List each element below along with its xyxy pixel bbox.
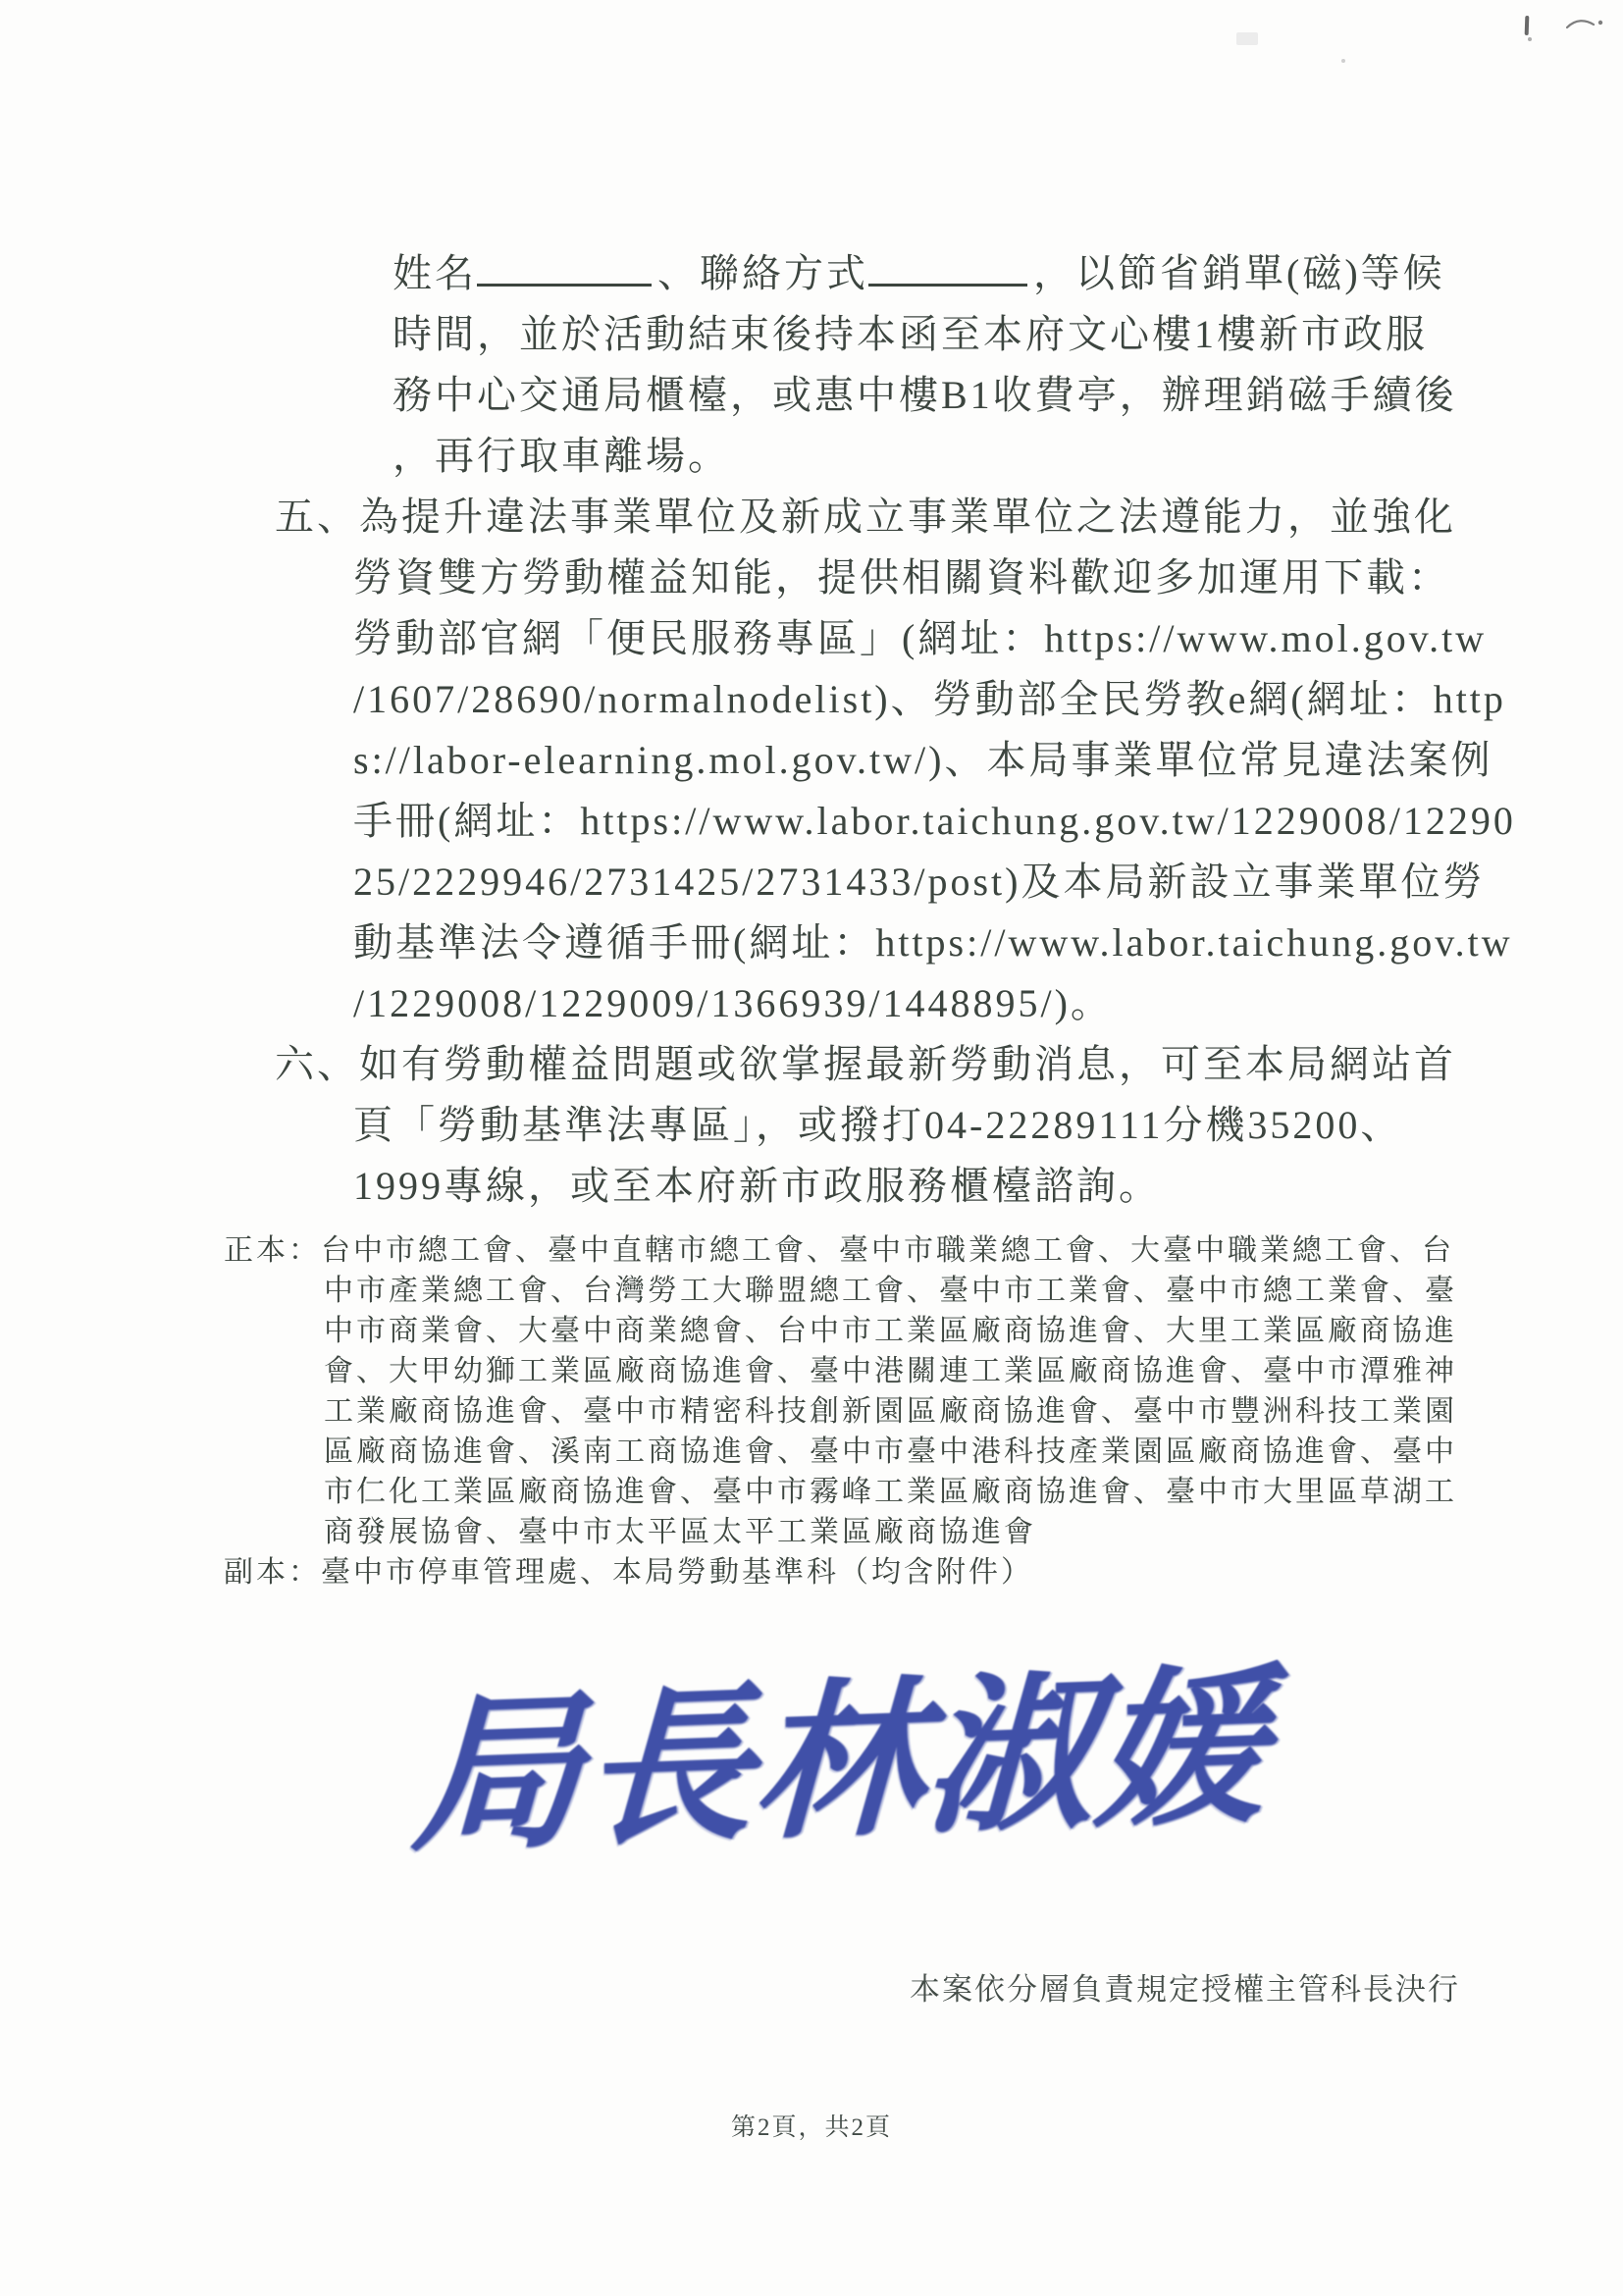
scan-artifact-smudge	[1236, 32, 1258, 45]
primary-recipients-line: 會、大甲幼獅工業區廠商協進會、臺中港關連工業區廠商協進會、臺中市潭雅神	[324, 1351, 1623, 1391]
scan-artifact-tick-dot	[1528, 37, 1532, 41]
list-item-5-line: 手冊(網址：https://www.labor.taichung.gov.tw/…	[353, 791, 1623, 852]
cc-recipients-label: 副本：	[224, 1556, 321, 1589]
scan-artifact-dot	[1341, 59, 1345, 63]
body-line-text: 姓名	[393, 251, 477, 295]
list-item-5-line: /1607/28690/normalnodelist)、勞動部全民勞教e網(網址…	[353, 669, 1623, 730]
primary-recipients-line: 工業廠商協進會、臺中市精密科技創新園區廠商協進會、臺中市豐洲科技工業園	[324, 1391, 1623, 1432]
list-item-5-line: 勞動部官網「便民服務專區」(網址：https://www.mol.gov.tw	[353, 608, 1623, 669]
primary-recipients-line: 市仁化工業區廠商協進會、臺中市霧峰工業區廠商協進會、臺中市大里區草湖工	[324, 1472, 1623, 1512]
list-item-5-number: 五、	[275, 495, 359, 539]
scan-artifact-tick	[1525, 16, 1530, 35]
cc-recipients-text: 臺中市停車管理處、本局勞動基準科（均含附件）	[321, 1556, 1033, 1589]
body-line: 時間，並於活動結束後持本函至本府文心樓1樓新市政服	[393, 304, 1623, 365]
list-item-5-line: /1229008/1229009/1366939/1448895/)。	[353, 973, 1623, 1034]
list-item-5-line: 動基準法令遵循手冊(網址：https://www.labor.taichung.…	[353, 913, 1623, 973]
cc-recipients-line: 副本：臺中市停車管理處、本局勞動基準科（均含附件）	[224, 1552, 1623, 1592]
list-item-6-number: 六、	[275, 1042, 359, 1086]
list-item-5-line: 五、為提升違法事業單位及新成立事業單位之法遵能力，並強化	[275, 487, 1623, 548]
recipients-block: 正本：台中市總工會、臺中直轄市總工會、臺中市職業總工會、大臺中職業總工會、台 中…	[0, 1230, 1623, 1592]
page-number-footer: 第2頁，共2頁	[0, 2108, 1623, 2143]
list-item-6-line: 頁「勞動基準法專區」，或撥打04-22289111分機35200、	[353, 1095, 1623, 1156]
primary-recipients-text: 台中市總工會、臺中直轄市總工會、臺中市職業總工會、大臺中職業總工會、台	[321, 1234, 1454, 1267]
list-item-6-line: 六、如有勞動權益問題或欲掌握最新勞動消息，可至本局網站首	[275, 1034, 1623, 1095]
fill-in-blank-name	[477, 250, 652, 287]
list-item-5-line: 25/2229946/2731425/2731433/post)及本局新設立事業…	[353, 852, 1623, 913]
director-signature-stamp: 局長林淑媛	[406, 1606, 1281, 1951]
primary-recipients-line: 中市產業總工會、台灣勞工大聯盟總工會、臺中市工業會、臺中市總工業會、臺	[324, 1271, 1623, 1311]
list-item-6-line: 1999專線，或至本府新市政服務櫃檯諮詢。	[353, 1156, 1623, 1217]
body-text: 姓名、聯絡方式，以節省銷單(磁)等候 時間，並於活動結束後持本函至本府文心樓1樓…	[0, 243, 1623, 1217]
body-line-text: 如有勞動權益問題或欲掌握最新勞動消息，可至本局網站首	[359, 1042, 1456, 1086]
fill-in-blank-contact	[868, 250, 1027, 287]
list-item-5-line: 勞資雙方勞動權益知能，提供相關資料歡迎多加運用下載：	[353, 548, 1623, 608]
primary-recipients-label: 正本：	[224, 1234, 321, 1267]
body-line: 務中心交通局櫃檯，或惠中樓B1收費亭，辦理銷磁手續後	[393, 365, 1623, 426]
body-line-text: 為提升違法事業單位及新成立事業單位之法遵能力，並強化	[359, 495, 1456, 539]
primary-recipients-line: 商發展協會、臺中市太平區太平工業區廠商協進會	[324, 1512, 1623, 1552]
primary-recipients-line: 正本：台中市總工會、臺中直轄市總工會、臺中市職業總工會、大臺中職業總工會、台	[224, 1230, 1623, 1271]
body-line: 姓名、聯絡方式，以節省銷單(磁)等候	[393, 243, 1623, 304]
delegation-note: 本案依分層負責規定授權主管科長決行	[910, 1964, 1460, 2009]
primary-recipients-line: 中市商業會、大臺中商業總會、台中市工業區廠商協進會、大里工業區廠商協進	[324, 1311, 1623, 1351]
body-line: ，再行取車離場。	[393, 426, 1623, 487]
body-line-text: ，以節省銷單(磁)等候	[1033, 251, 1445, 295]
primary-recipients-line: 區廠商協進會、溪南工商協進會、臺中市臺中港科技產業園區廠商協進會、臺中	[324, 1432, 1623, 1472]
list-item-5-line: s://labor-elearning.mol.gov.tw/)、本局事業單位常…	[353, 730, 1623, 791]
document-page: 姓名、聯絡方式，以節省銷單(磁)等候 時間，並於活動結束後持本函至本府文心樓1樓…	[0, 0, 1623, 2296]
body-line-text: 、聯絡方式	[657, 251, 868, 295]
scan-artifact-squiggle	[1566, 16, 1605, 33]
